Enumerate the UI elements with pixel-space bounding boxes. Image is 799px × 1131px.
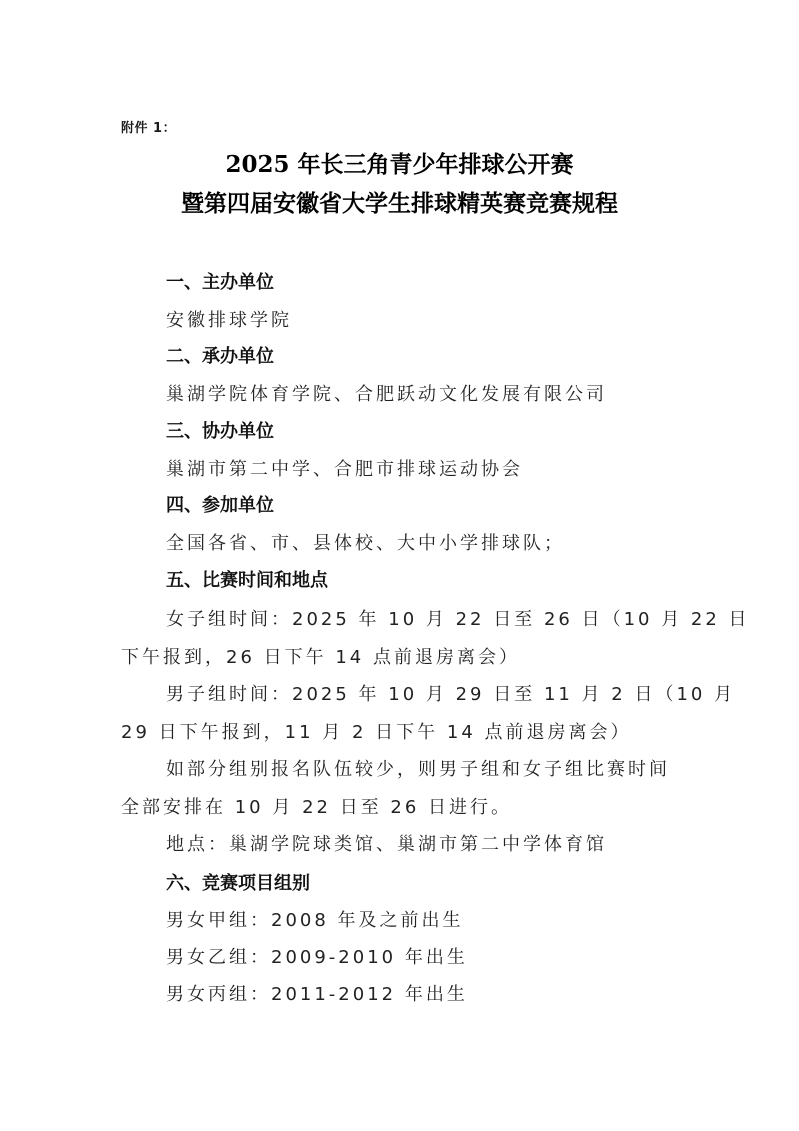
attachment-label: 附件 1： (121, 117, 176, 136)
section-heading-host: 二、承办单位 (166, 342, 274, 368)
section-body: 地点：巢湖学院球类馆、巢湖市第二中学体育馆 (166, 830, 607, 856)
section-body: 全部安排在 10 月 22 日至 26 日进行。 (121, 793, 512, 819)
section-body: 如部分组别报名队伍较少，则男子组和女子组比赛时间 (166, 755, 670, 781)
document-page: 附件 1： 2025 年长三角青少年排球公开赛 暨第四届安徽省大学生排球精英赛竞… (0, 0, 799, 1131)
section-body: 男女甲组：2008 年及之前出生 (166, 906, 464, 932)
section-body: 巢湖市第二中学、合肥市排球运动协会 (166, 455, 523, 481)
section-body: 巢湖学院体育学院、合肥跃动文化发展有限公司 (166, 380, 607, 406)
section-heading-co-organizer: 三、协办单位 (166, 417, 274, 443)
section-body: 女子组时间：2025 年 10 月 22 日至 26 日（10 月 22 日 (166, 605, 750, 631)
title-line-1: 2025 年长三角青少年排球公开赛 (0, 146, 799, 179)
section-body: 男子组时间：2025 年 10 月 29 日至 11 月 2 日（10 月 (166, 680, 735, 706)
section-heading-time-venue: 五、比赛时间和地点 (166, 566, 328, 592)
section-body: 男女丙组：2011-2012 年出生 (166, 980, 468, 1006)
section-heading-organizer: 一、主办单位 (166, 268, 274, 294)
section-body: 29 日下午报到，11 月 2 日下午 14 点前退房离会） (121, 718, 632, 744)
title-line-2: 暨第四届安徽省大学生排球精英赛竞赛规程 (0, 185, 799, 218)
section-body: 下午报到，26 日下午 14 点前退房离会） (121, 643, 520, 669)
section-body: 男女乙组：2009-2010 年出生 (166, 943, 468, 969)
section-body: 全国各省、市、县体校、大中小学排球队； (166, 529, 565, 555)
section-heading-categories: 六、竞赛项目组别 (166, 869, 310, 895)
section-heading-participants: 四、参加单位 (166, 491, 274, 517)
section-body: 安徽排球学院 (166, 306, 292, 332)
